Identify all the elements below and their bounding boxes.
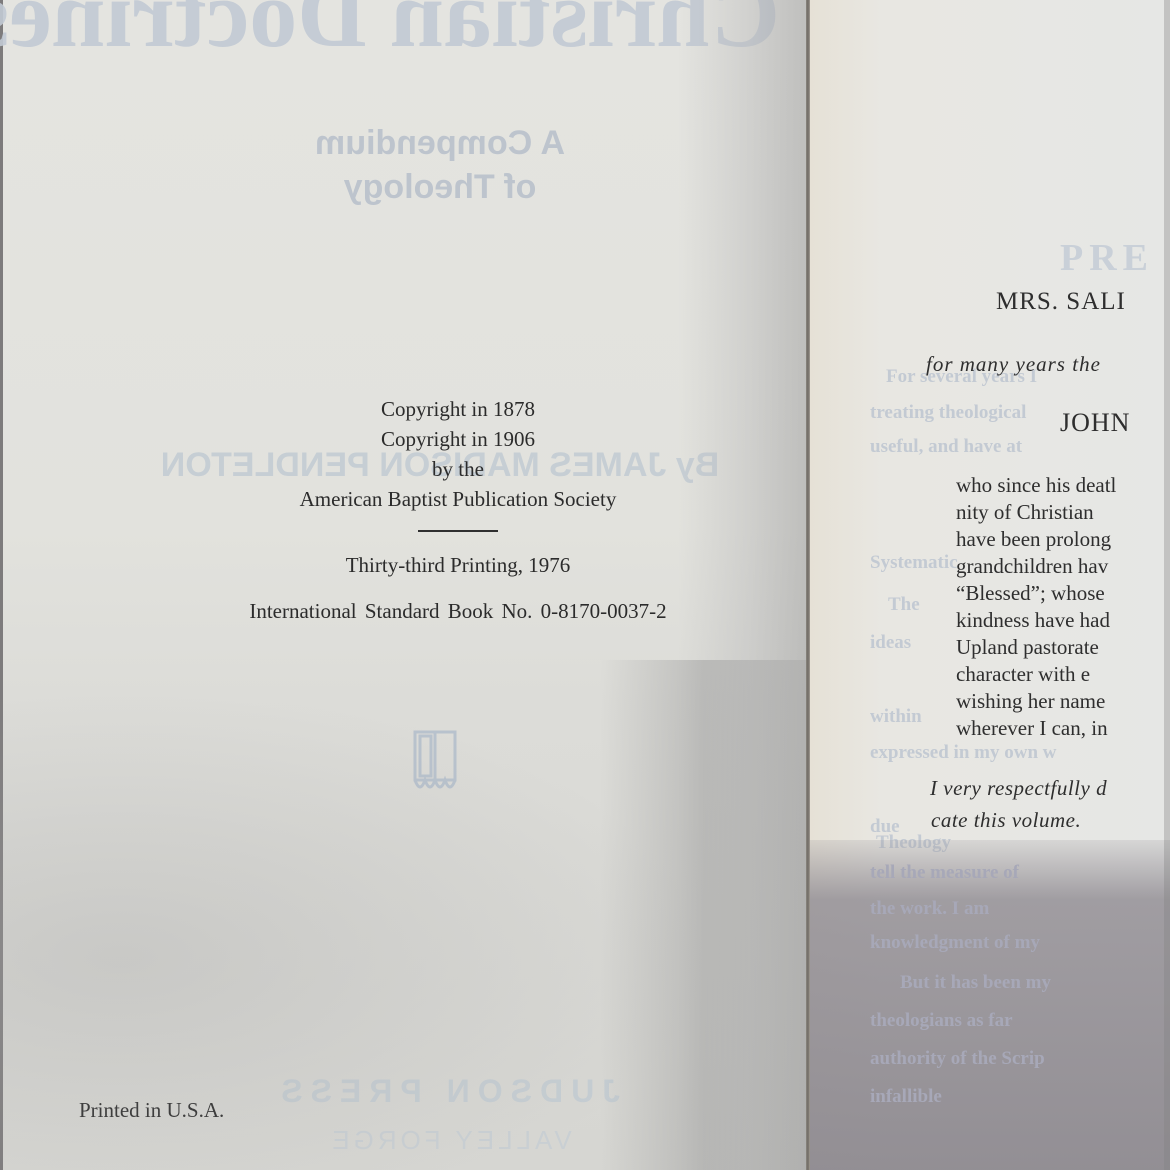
bleed-through-line: theologians as far (870, 1010, 1013, 1032)
divider-rule (418, 530, 498, 532)
copyright-1906: Copyright in 1906 (160, 424, 756, 454)
dedication-closing: I very respectfully d cate this volume. (930, 772, 1107, 836)
bleed-through-line: tell the measure of (870, 862, 1019, 884)
bleed-through-title: Christian Doctrines (70, 0, 780, 69)
bleed-through-line: expressed in my own w (870, 742, 1057, 764)
dedication-body-line: wherever I can, in (956, 715, 1116, 742)
dedication-body-line: have been prolong (956, 526, 1116, 553)
page-edge-shadow (1164, 0, 1170, 1170)
bleed-through-subtitle-2: of Theology (300, 168, 580, 207)
bleed-through-heading: PRE (1060, 236, 1154, 280)
bleed-through-line: infallible (870, 1086, 942, 1108)
bleed-through-line: within (870, 706, 922, 728)
page-shadow-lower (810, 840, 1170, 1170)
bleed-through-subtitle-1: A Compendium (300, 124, 580, 163)
bleed-through-publisher-location: VALLEY FORGE (320, 1125, 580, 1156)
printing-edition: Thirty-third Printing, 1976 (160, 550, 756, 580)
gutter-shadow-lower (600, 660, 808, 1170)
bleed-through-line: knowledgment of my (870, 932, 1040, 954)
printed-in-usa: Printed in U.S.A. (79, 1098, 224, 1123)
dedication-body-line: who since his deatl (956, 472, 1116, 499)
isbn-number: International Standard Book No. 0-8170-0… (160, 596, 756, 626)
dedication-body-line: character with e (956, 661, 1116, 688)
bleed-through-line: treating theological (870, 402, 1026, 424)
dedication-body-line: Upland pastorate (956, 634, 1116, 661)
bleed-through-line: the work. I am (870, 898, 989, 920)
dedication-body: who since his deatl nity of Christian ha… (956, 472, 1116, 742)
dedication-closing-line-1: I very respectfully d (930, 772, 1107, 804)
bleed-through-line: But it has been my (900, 972, 1051, 994)
dedication-body-line: nity of Christian (956, 499, 1116, 526)
open-book-spread: Christian Doctrines A Compendium of Theo… (0, 0, 1170, 1170)
bleed-through-line: authority of the Scrip (870, 1048, 1045, 1070)
right-page-dedication: PRE For several years I treating theolog… (810, 0, 1170, 1170)
copyright-holder: American Baptist Publication Society (160, 484, 756, 514)
bleed-through-line: ideas (870, 632, 911, 654)
dedication-closing-line-2: cate this volume. (930, 804, 1107, 836)
bleed-through-line: Systematic (870, 552, 958, 574)
left-page-copyright: Christian Doctrines A Compendium of Theo… (0, 0, 808, 1170)
dedication-body-line: “Blessed”; whose (956, 580, 1116, 607)
dedication-for-line: for many years the (926, 352, 1101, 377)
dedication-john: JOHN (1060, 408, 1130, 438)
judson-press-book-logo-icon (412, 728, 458, 798)
copyright-by: by the (160, 454, 756, 484)
bleed-through-line: useful, and have at (870, 436, 1022, 458)
dedication-body-line: kindness have had (956, 607, 1116, 634)
bleed-through-publisher: JUDSON PRESS (280, 1073, 620, 1110)
dedication-name: MRS. SALI (996, 288, 1126, 316)
copyright-1878: Copyright in 1878 (160, 394, 756, 424)
bleed-through-line: The (888, 594, 920, 616)
copyright-block: Copyright in 1878 Copyright in 1906 by t… (160, 394, 756, 626)
dedication-body-line: grandchildren hav (956, 553, 1116, 580)
dedication-body-line: wishing her name (956, 688, 1116, 715)
